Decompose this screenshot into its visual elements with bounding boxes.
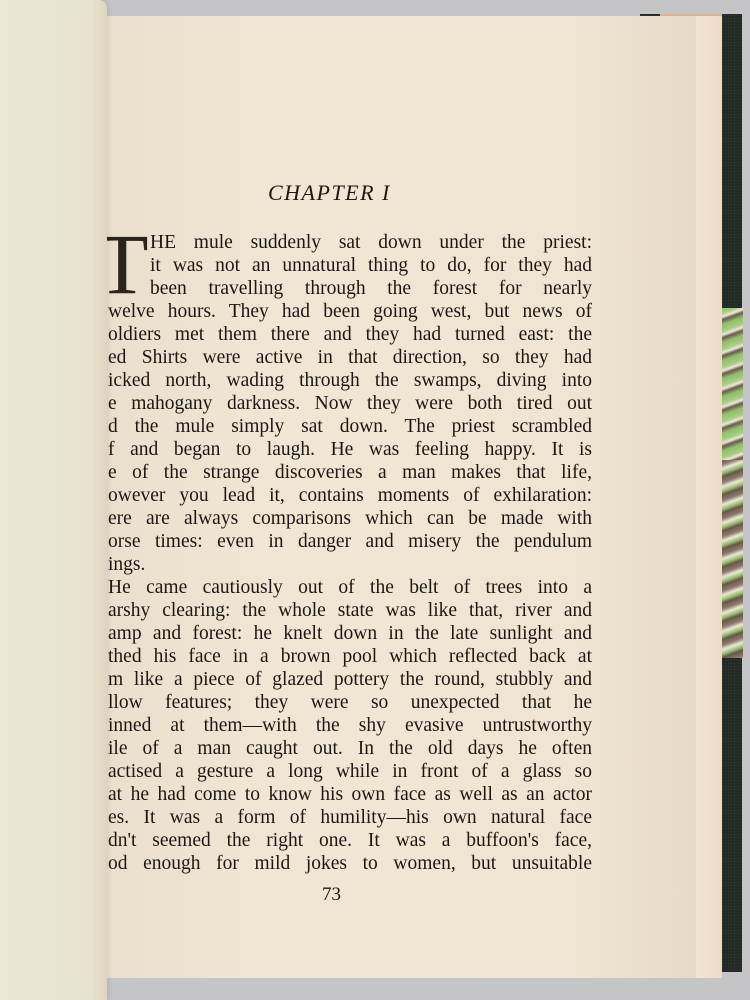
page-number: 73 xyxy=(322,884,341,906)
text-line: thed his face in a brown pool which refl… xyxy=(108,645,592,669)
text-line: llow features; they were so unexpected t… xyxy=(108,691,592,715)
text-line: been travelling through the forest for n… xyxy=(150,277,592,301)
text-line: actised a gesture a long while in front … xyxy=(108,760,592,784)
text-line: ed Shirts were active in that direction,… xyxy=(108,346,592,370)
text-line: es. It was a form of humility—his own na… xyxy=(108,806,592,830)
text-line: ings. xyxy=(108,553,145,577)
text-line: welve hours. They had been going west, b… xyxy=(108,300,592,324)
text-line: amp and forest: he knelt down in the lat… xyxy=(108,622,592,646)
text-line: arshy clearing: the whole state was like… xyxy=(108,599,592,623)
text-line: dn't seemed the right one. It was a buff… xyxy=(108,829,592,853)
book-photo: CHAPTER I T HE mule suddenly sat down un… xyxy=(0,0,750,1000)
chapter-title: CHAPTER I xyxy=(268,180,391,206)
text-line: owever you lead it, contains moments of … xyxy=(108,484,592,508)
text-line: e mahogany darkness. Now they were both … xyxy=(108,392,592,416)
text-line: inned at them—with the shy evasive untru… xyxy=(108,714,592,738)
text-line: at he had come to know his own face as w… xyxy=(108,783,592,807)
text-line: e of the strange discoveries a man makes… xyxy=(108,461,592,485)
text-line: icked north, wading through the swamps, … xyxy=(108,369,592,393)
text-line: f and began to laugh. He was feeling hap… xyxy=(108,438,592,462)
text-line: it was not an unnatural thing to do, for… xyxy=(150,254,592,278)
left-page-curl xyxy=(0,0,107,1000)
text-line: HE mule suddenly sat down under the prie… xyxy=(150,231,592,255)
text-line: orse times: even in danger and misery th… xyxy=(108,530,592,554)
text-line: d the mule simply sat down. The priest s… xyxy=(108,415,592,439)
text-line: ere are always comparisons which can be … xyxy=(108,507,592,531)
text-line: He came cautiously out of the belt of tr… xyxy=(108,576,592,600)
marbled-endpaper-lower xyxy=(720,460,743,658)
text-line: ile of a man caught out. In the old days… xyxy=(108,737,592,761)
text-line: od enough for mild jokes to women, but u… xyxy=(108,852,592,876)
text-line: oldiers met them there and they had turn… xyxy=(108,323,592,347)
text-line: m like a piece of glazed pottery the rou… xyxy=(108,668,592,692)
